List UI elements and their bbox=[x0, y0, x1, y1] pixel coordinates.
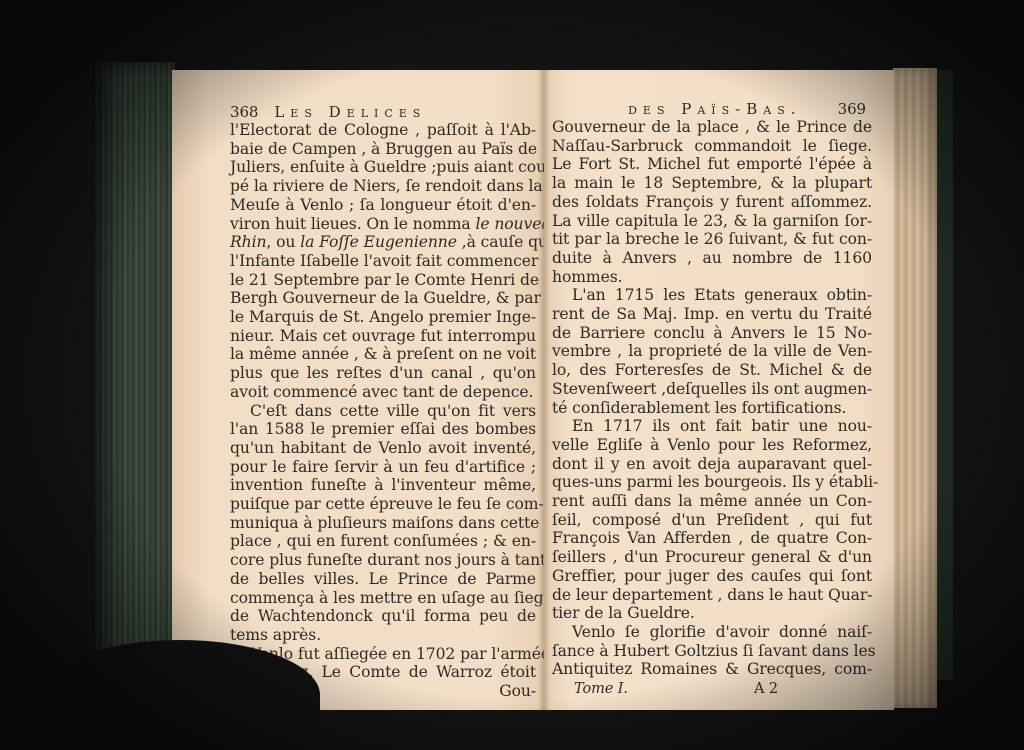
text-line: Naſſau-Sarbruck commandoit le ſiege. bbox=[552, 137, 872, 156]
italic-phrase: Rhin bbox=[230, 233, 266, 251]
text-line: Gouverneur de la place , & le Prince de bbox=[552, 118, 872, 137]
text-line: La ville capitula le 23, & la garniſon ſ… bbox=[552, 212, 872, 231]
text-line: puiſque par cette épreuve le feu ſe com- bbox=[230, 495, 536, 514]
italic-phrase: la Foſſe Eugenienne bbox=[300, 233, 457, 251]
text-line: l'Electorat de Cologne , paſſoit à l'Ab- bbox=[230, 121, 536, 140]
text-line: plus que les reſtes d'un canal , qu'on bbox=[230, 364, 536, 383]
text-line: Bergh Gouverneur de la Gueldre, & par bbox=[230, 289, 536, 308]
text-line: core plus funeſte durant nos jours à tan… bbox=[230, 551, 536, 570]
text-line: ſeillers , d'un Procureur general & d'un bbox=[552, 548, 872, 567]
text-line: Meuſe à Venlo ; ſa longueur étoit d'en- bbox=[230, 196, 536, 215]
text-line: viron huit lieues. On le nomma le nouvea… bbox=[230, 215, 536, 234]
text-line: le 21 Septembre par le Comte Henri de bbox=[230, 271, 536, 290]
text-line: François Van Afferden , de quatre Con- bbox=[552, 529, 872, 548]
text-line: place , qui en furent conſumées ; & en- bbox=[230, 532, 536, 551]
text-line: Greffier, pour juger des cauſes qui ſont bbox=[552, 567, 872, 586]
left-page-fore-edge bbox=[95, 62, 175, 662]
text-line: rent de Sa Maj. Imp. en vertu du Traité bbox=[552, 305, 872, 324]
left-page: 368 Les Delices l'Electorat de Cologne ,… bbox=[172, 70, 544, 710]
text-line: duite à Anvers , au nombre de 1160 bbox=[552, 249, 872, 268]
text-line: tit par la breche le 26 ſuivant, & fut c… bbox=[552, 230, 872, 249]
left-page-text: 368 Les Delices l'Electorat de Cologne ,… bbox=[230, 103, 536, 701]
text-line: de belles villes. Le Prince de Parme bbox=[230, 570, 536, 589]
text-line: ſeil, composé d'un Preſident , qui fut bbox=[552, 511, 872, 530]
right-cover-edge bbox=[935, 70, 953, 680]
hand-shadow bbox=[40, 640, 320, 750]
volume-label: Tome I. bbox=[552, 680, 754, 699]
text-fragment: viron huit lieues. On le nomma bbox=[230, 215, 475, 233]
signature-line: Tome I. A 2 bbox=[552, 680, 872, 699]
text-line: de leur departement , dans le haut Quar- bbox=[552, 586, 872, 605]
right-page: des Païs-Bas. 369 Gouverneur de la place… bbox=[544, 70, 894, 710]
text-line: nieur. Mais cet ouvrage fut interrompu bbox=[230, 327, 536, 346]
right-body-lines: Gouverneur de la place , & le Prince deN… bbox=[552, 118, 872, 679]
right-page-fore-edge bbox=[893, 68, 937, 708]
text-line: Juliers, enſuite à Gueldre ;puis aiant c… bbox=[230, 158, 536, 177]
text-line: de Wachtendonck qu'il forma peu de bbox=[230, 607, 536, 626]
text-line: tier de la Gueldre. bbox=[552, 604, 872, 623]
text-line: muniqua à pluſieurs maiſons dans cette bbox=[230, 514, 536, 533]
text-line: ques-uns parmi les bourgeois. Ils y étab… bbox=[552, 473, 872, 492]
text-line: la même année , & à preſent on ne voit bbox=[230, 345, 536, 364]
text-line: Rhin, ou la Foſſe Eugenienne ,à cauſe qu… bbox=[230, 233, 536, 252]
text-line: des ſoldats François y furent aſſommez. bbox=[552, 193, 872, 212]
page-number-right: 369 bbox=[838, 100, 872, 118]
text-line: Stevenſweert ,deſquelles ils ont augmen- bbox=[552, 380, 872, 399]
text-line: le Marquis de St. Angelo premier Inge- bbox=[230, 308, 536, 327]
right-page-text: des Païs-Bas. 369 Gouverneur de la place… bbox=[552, 100, 872, 699]
left-running-head: 368 Les Delices bbox=[230, 103, 536, 121]
text-line: Le Fort St. Michel fut emporté l'épée à bbox=[552, 155, 872, 174]
text-line: té conſiderablement les fortifications. bbox=[552, 399, 872, 418]
text-line: qu'un habitant de Venlo avoit inventé, bbox=[230, 439, 536, 458]
running-head-title-right: des Païs-Bas. bbox=[552, 100, 838, 118]
text-line: avoit commencé avec tant de depence. bbox=[230, 383, 536, 402]
text-line: pour le faire ſervir à un feu d'artifice… bbox=[230, 458, 536, 477]
text-line: tems après. bbox=[230, 626, 536, 645]
text-fragment: , ou bbox=[266, 233, 300, 251]
signature-mark: A 2 bbox=[754, 680, 778, 699]
page-number-left: 368 bbox=[230, 103, 258, 121]
text-line: Venlo ſe glorifie d'avoir donné naiſ- bbox=[552, 623, 872, 642]
text-line: velle Egliſe à Venlo pour les Reformez, bbox=[552, 436, 872, 455]
left-body-lines: l'Electorat de Cologne , paſſoit à l'Ab-… bbox=[230, 121, 536, 682]
book-gutter bbox=[538, 70, 550, 710]
text-line: En 1717 ils ont fait batir une nou- bbox=[552, 417, 872, 436]
right-running-head: des Païs-Bas. 369 bbox=[552, 100, 872, 118]
text-line: hommes. bbox=[552, 268, 872, 287]
text-line: ſance à Hubert Goltzius ſi ſavant dans l… bbox=[552, 642, 872, 661]
text-line: lo, des Forteresſes de St. Michel & de bbox=[552, 361, 872, 380]
text-line: rent auſſi dans la même année un Con- bbox=[552, 492, 872, 511]
text-line: pé la riviere de Niers, ſe rendoit dans … bbox=[230, 177, 536, 196]
text-line: commença à les mettre en uſage au ſiege bbox=[230, 589, 536, 608]
text-line: vembre , la proprieté de la ville de Ven… bbox=[552, 342, 872, 361]
text-line: la main le 18 Septembre, & la plupart bbox=[552, 174, 872, 193]
text-line: baie de Campen , à Bruggen au Païs de bbox=[230, 140, 536, 159]
text-line: C'eſt dans cette ville qu'on fit vers bbox=[230, 402, 536, 421]
text-line: invention funeſte à l'inventeur même, bbox=[230, 476, 536, 495]
text-line: de Barriere conclu à Anvers le 15 No- bbox=[552, 324, 872, 343]
running-head-title-left: Les Delices bbox=[258, 103, 536, 121]
text-line: l'an 1588 le premier eſſai des bombes bbox=[230, 420, 536, 439]
text-line: dont il y en avoit deja auparavant quel- bbox=[552, 455, 872, 474]
text-line: l'Infante Iſabelle l'avoit fait commence… bbox=[230, 252, 536, 271]
text-line: L'an 1715 les Etats generaux obtin- bbox=[552, 286, 872, 305]
text-line: Antiquitez Romaines & Grecques, com- bbox=[552, 660, 872, 679]
